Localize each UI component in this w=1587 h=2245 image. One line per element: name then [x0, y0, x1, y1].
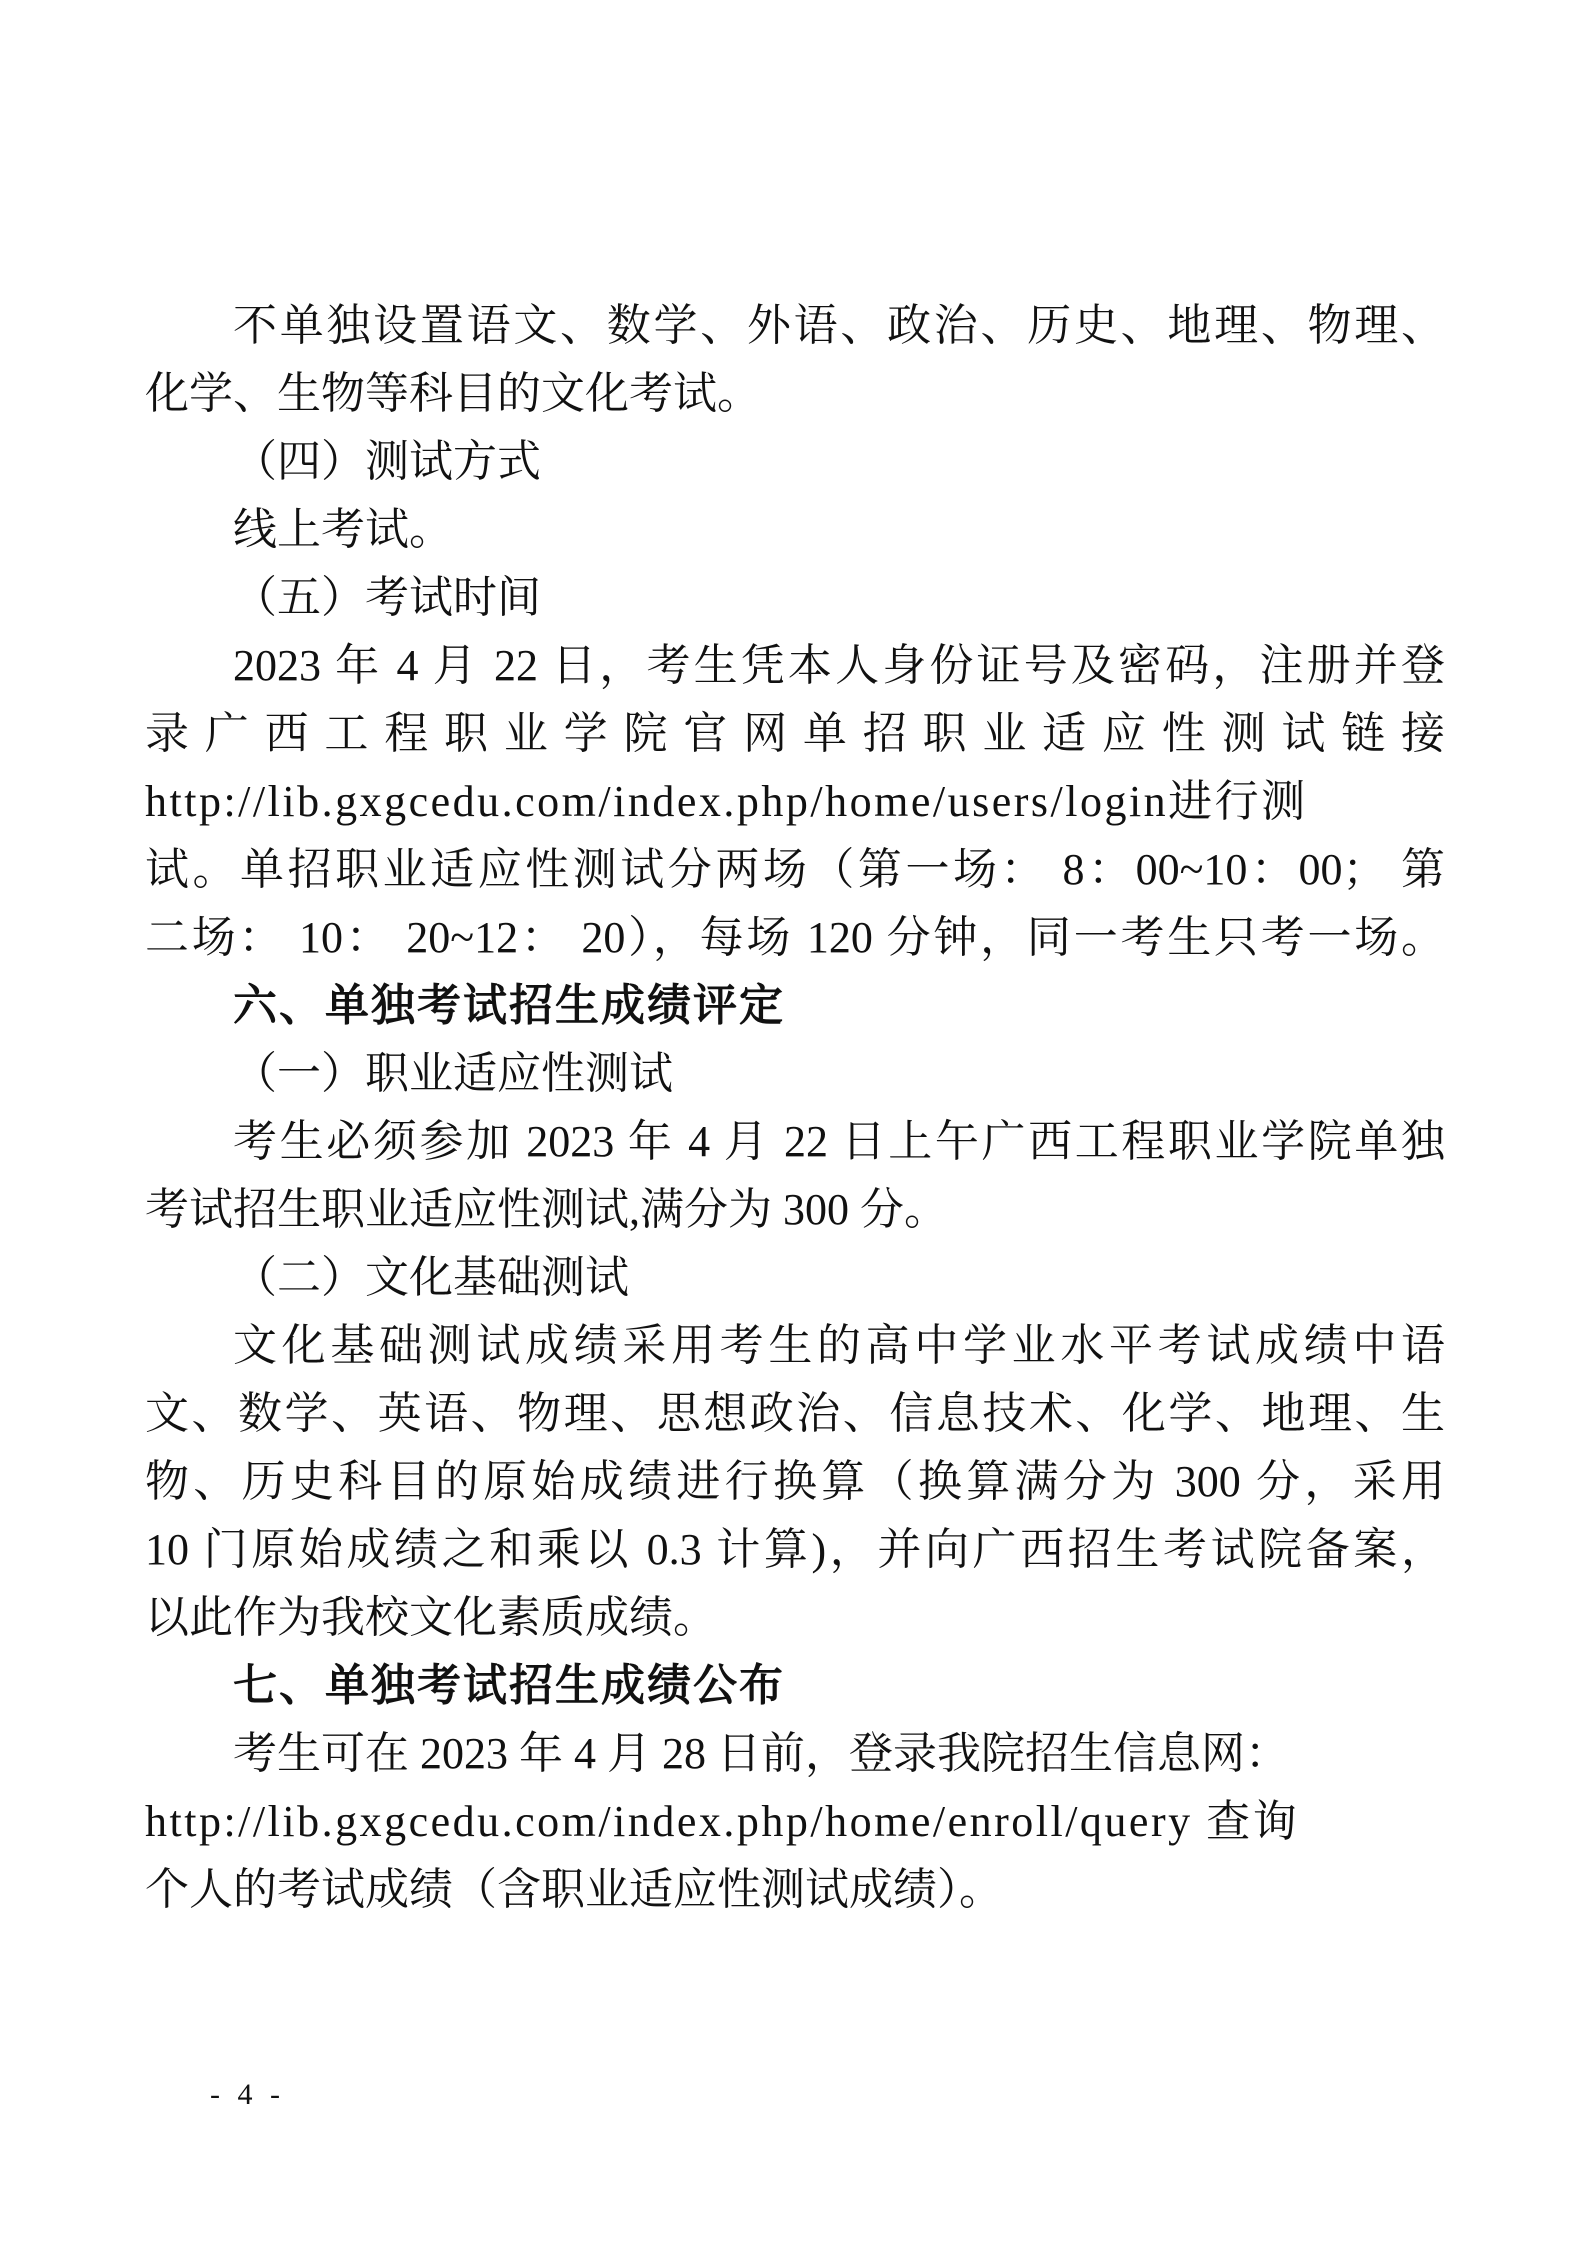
document-line: 考试招生职业适应性测试,满分为 300 分。	[145, 1176, 1445, 1244]
document-line: 10 门原始成绩之和乘以 0.3 计算)，并向广西招生考试院备案，	[145, 1516, 1445, 1584]
document-line: 文化基础测试成绩采用考生的高中学业水平考试成绩中语	[145, 1312, 1445, 1380]
document-line: 试。单招职业适应性测试分两场（第一场： 8：00~10：00； 第	[145, 836, 1445, 904]
document-line: 物、历史科目的原始成绩进行换算（换算满分为 300 分，采用	[145, 1448, 1445, 1516]
document-line: http://lib.gxgcedu.com/index.php/home/us…	[145, 768, 1445, 836]
document-line: 个人的考试成绩（含职业适应性测试成绩）。	[145, 1856, 1445, 1924]
document-body: 不单独设置语文、数学、外语、政治、历史、地理、物理、化学、生物等科目的文化考试。…	[145, 292, 1445, 1924]
page-number: - 4 -	[210, 2078, 285, 2112]
document-line: 考生必须参加 2023 年 4 月 22 日上午广西工程职业学院单独	[145, 1108, 1445, 1176]
document-line: 录广西工程职业学院官网单招职业适应性测试链接	[145, 700, 1445, 768]
document-line: 考生可在 2023 年 4 月 28 日前，登录我院招生信息网：	[145, 1720, 1445, 1788]
document-line: 不单独设置语文、数学、外语、政治、历史、地理、物理、	[145, 292, 1445, 360]
document-line: （五）考试时间	[145, 564, 1445, 632]
document-line: 线上考试。	[145, 496, 1445, 564]
document-line: （四）测试方式	[145, 428, 1445, 496]
document-line: 化学、生物等科目的文化考试。	[145, 360, 1445, 428]
document-line: http://lib.gxgcedu.com/index.php/home/en…	[145, 1788, 1445, 1856]
document-line: 2023 年 4 月 22 日，考生凭本人身份证号及密码，注册并登	[145, 632, 1445, 700]
document-line: 文、数学、英语、物理、思想政治、信息技术、化学、地理、生	[145, 1380, 1445, 1448]
section-heading: 七、单独考试招生成绩公布	[145, 1652, 1445, 1720]
document-page: 不单独设置语文、数学、外语、政治、历史、地理、物理、化学、生物等科目的文化考试。…	[0, 0, 1587, 2245]
section-heading: 六、单独考试招生成绩评定	[145, 972, 1445, 1040]
document-line: 二场： 10： 20~12： 20），每场 120 分钟，同一考生只考一场。	[145, 904, 1445, 972]
document-line: 以此作为我校文化素质成绩。	[145, 1584, 1445, 1652]
document-line: （一）职业适应性测试	[145, 1040, 1445, 1108]
document-line: （二）文化基础测试	[145, 1244, 1445, 1312]
